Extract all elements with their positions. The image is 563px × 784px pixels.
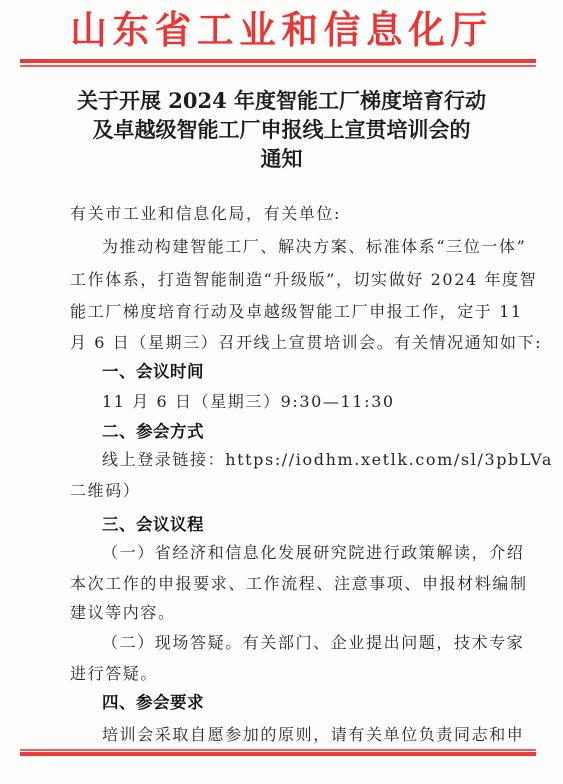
letterhead-rule-thin bbox=[20, 65, 536, 67]
intro-line-3: 能工厂梯度培育行动及卓越级智能工厂申报工作，定于 11 bbox=[70, 302, 523, 322]
requirements-line-1: 培训会采取自愿参加的原则，请有关单位负责同志和申 bbox=[102, 725, 524, 745]
agenda-line-2: 本次工作的申报要求、工作流程、注意事项、申报材料编制 bbox=[70, 574, 528, 594]
footer-rule-thin bbox=[20, 749, 536, 751]
meeting-link-line[interactable]: 线上登录链接：https://iodhm.xetlk.com/sl/3pbLVa… bbox=[102, 450, 563, 470]
meeting-time: 11 月 6 日（星期三）9:30—11:30 bbox=[102, 392, 395, 412]
section-heading-method: 二、参会方式 bbox=[102, 422, 204, 442]
agenda-line-3: 建议等内容。 bbox=[70, 603, 176, 623]
document-page: 山东省工业和信息化厅 关于开展 2024 年度智能工厂梯度培育行动 及卓越级智能… bbox=[0, 0, 563, 784]
intro-line-2: 工作体系，打造智能制造“升级版”，切实做好 2024 年度智 bbox=[70, 270, 537, 290]
section-heading-requirements: 四、参会要求 bbox=[102, 693, 204, 713]
title-line-3: 通知 bbox=[0, 144, 563, 173]
intro-line-1: 为推动构建智能工厂、解决方案、标准体系“三位一体” bbox=[102, 237, 526, 257]
meeting-link-line-2: 二维码） bbox=[70, 481, 140, 501]
footer-rule-thick bbox=[20, 752, 536, 756]
agenda-line-1: （一）省经济和信息化发展研究院进行政策解读，介绍 bbox=[102, 543, 524, 563]
agenda-line-5: 进行答疑。 bbox=[70, 664, 158, 684]
title-line-2: 及卓越级智能工厂申报线上宣贯培训会的 bbox=[0, 115, 563, 144]
salutation: 有关市工业和信息化局，有关单位: bbox=[70, 204, 341, 224]
intro-line-4: 月 6 日（星期三）召开线上宣贯培训会。有关情况通知如下: bbox=[70, 333, 542, 353]
section-heading-time: 一、会议时间 bbox=[102, 362, 204, 382]
title-line-1: 关于开展 2024 年度智能工厂梯度培育行动 bbox=[0, 86, 563, 115]
letterhead-organization: 山东省工业和信息化厅 bbox=[11, 8, 551, 52]
letterhead-rule-thick bbox=[20, 59, 536, 63]
section-heading-agenda: 三、会议议程 bbox=[102, 515, 204, 535]
agenda-line-4: （二）现场答疑。有关部门、企业提出问题，技术专家 bbox=[102, 633, 524, 653]
document-title: 关于开展 2024 年度智能工厂梯度培育行动 及卓越级智能工厂申报线上宣贯培训会… bbox=[0, 86, 563, 173]
